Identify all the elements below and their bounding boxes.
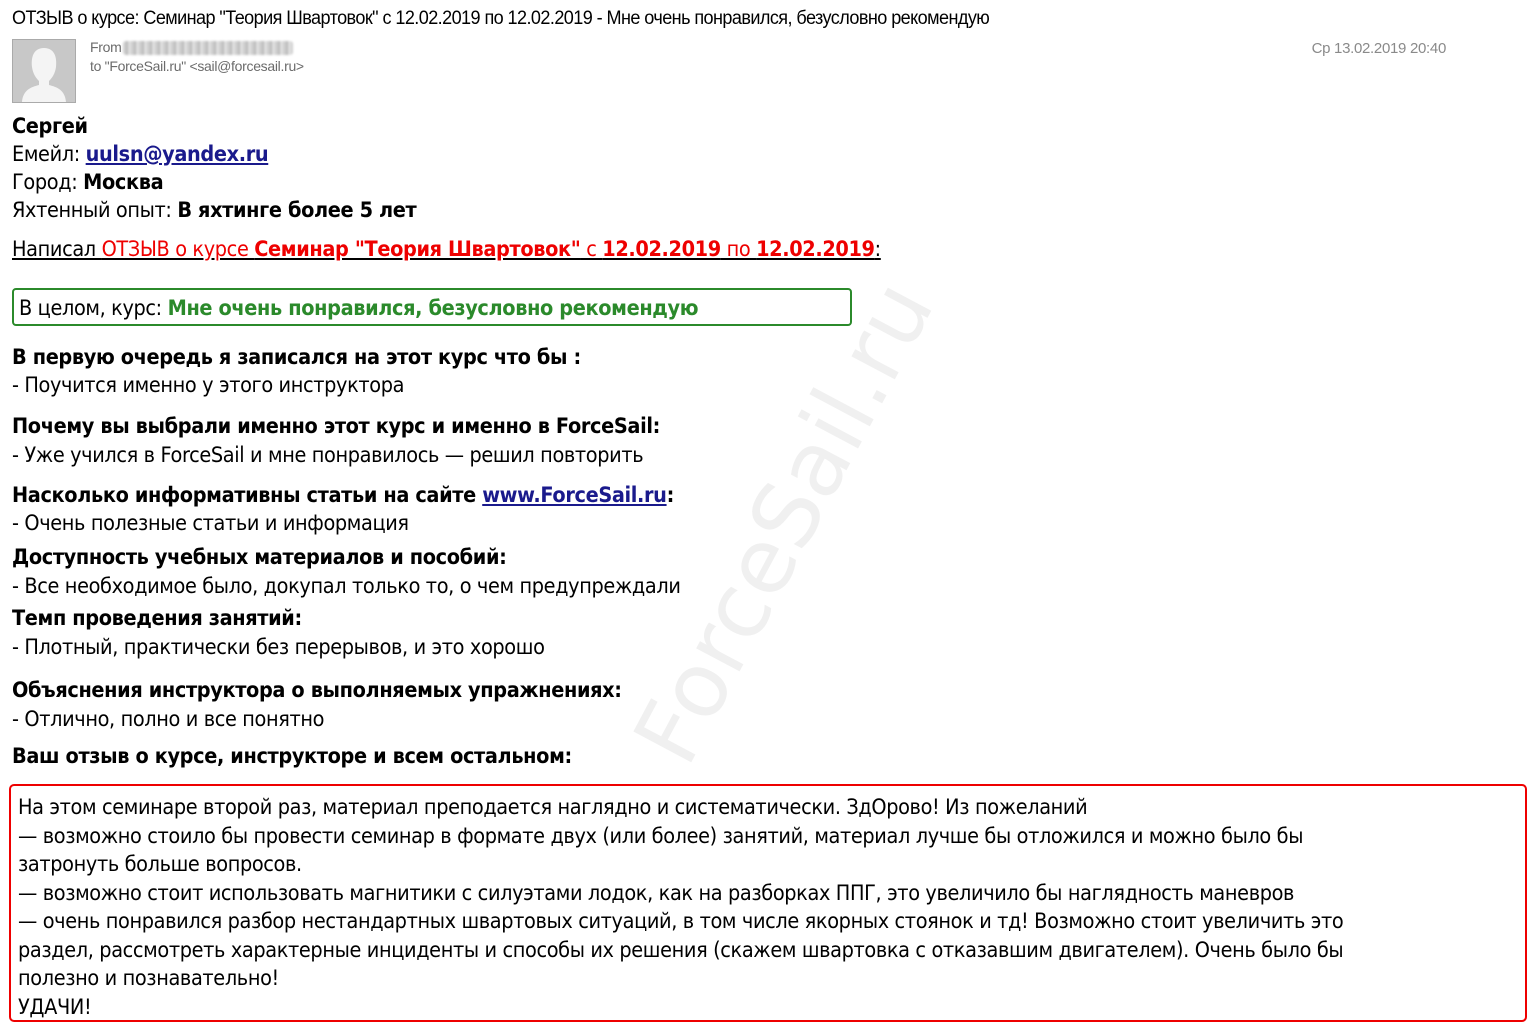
sender-experience-row: Яхтенный опыт: В яхтинге более 5 лет xyxy=(12,198,416,222)
email-date: Ср 13.02.2019 20:40 xyxy=(1312,40,1446,57)
question-4: Доступность учебных материалов и пособий… xyxy=(12,545,506,569)
question-3-prefix: Насколько информативны статьи на сайте xyxy=(12,483,482,507)
experience-value: В яхтинге более 5 лет xyxy=(177,198,416,222)
person-silhouette-icon xyxy=(13,40,75,102)
experience-label: Яхтенный опыт: xyxy=(12,198,177,222)
city-value: Москва xyxy=(83,170,163,194)
wrote-date-from: 12.02.2019 xyxy=(602,237,721,261)
answer-2: - Уже учился в ForceSail и мне понравило… xyxy=(12,443,643,467)
question-5: Темп проведения занятий: xyxy=(12,606,302,630)
forcesail-site-link[interactable]: www.ForceSail.ru xyxy=(482,483,666,507)
wrote-prefix: Написал xyxy=(12,237,102,261)
from-line: From xyxy=(90,39,293,55)
answer-4: - Все необходимое было, докупал только т… xyxy=(12,574,681,598)
question-6: Объяснения инструктора о выполняемых упр… xyxy=(12,678,622,702)
overall-rating: В целом, курс: Мне очень понравился, без… xyxy=(19,296,698,320)
from-label: From xyxy=(90,39,121,55)
wrote-to-word: по xyxy=(721,237,756,261)
sender-email-row: Емейл: uulsn@yandex.ru xyxy=(12,142,268,166)
city-label: Город: xyxy=(12,170,83,194)
watermark: ForceSail.ru xyxy=(614,265,955,781)
answer-3: - Очень полезные статьи и информация xyxy=(12,511,409,535)
answer-1: - Поучится именно у этого инструктора xyxy=(12,373,404,397)
answer-6: - Отлично, полно и все понятно xyxy=(12,707,324,731)
sender-name: Сергей xyxy=(12,114,88,138)
wrote-course: Семинар "Теория Швартовок" xyxy=(254,237,580,261)
question-7: Ваш отзыв о курсе, инструкторе и всем ос… xyxy=(12,744,572,768)
overall-value: Мне очень понравился, безусловно рекомен… xyxy=(168,296,699,320)
wrote-line: Написал ОТЗЫВ о курсе Семинар "Теория Шв… xyxy=(12,237,881,261)
overall-label: В целом, курс: xyxy=(19,296,168,320)
question-1: В первую очередь я записался на этот кур… xyxy=(12,345,581,369)
question-3: Насколько информативны статьи на сайте w… xyxy=(12,483,674,507)
wrote-suffix: : xyxy=(875,237,881,261)
sender-avatar xyxy=(12,39,76,103)
email-label: Емейл: xyxy=(12,142,86,166)
wrote-date-to: 12.02.2019 xyxy=(756,237,875,261)
redacted-sender xyxy=(123,41,293,55)
question-2: Почему вы выбрали именно этот курс и име… xyxy=(12,414,660,438)
question-3-suffix: : xyxy=(667,483,674,507)
email-subject: ОТЗЫВ о курсе: Семинар "Теория Швартовок… xyxy=(12,8,989,30)
sender-city-row: Город: Москва xyxy=(12,170,163,194)
answer-5: - Плотный, практически без перерывов, и … xyxy=(12,635,545,659)
wrote-review-word: ОТЗЫВ о курсе xyxy=(102,237,255,261)
wrote-from-word: с xyxy=(580,237,602,261)
sender-email-link[interactable]: uulsn@yandex.ru xyxy=(86,142,269,166)
review-text: На этом семинаре второй раз, материал пр… xyxy=(18,793,1453,1021)
to-line: to "ForceSail.ru" <sail@forcesail.ru> xyxy=(90,58,304,74)
